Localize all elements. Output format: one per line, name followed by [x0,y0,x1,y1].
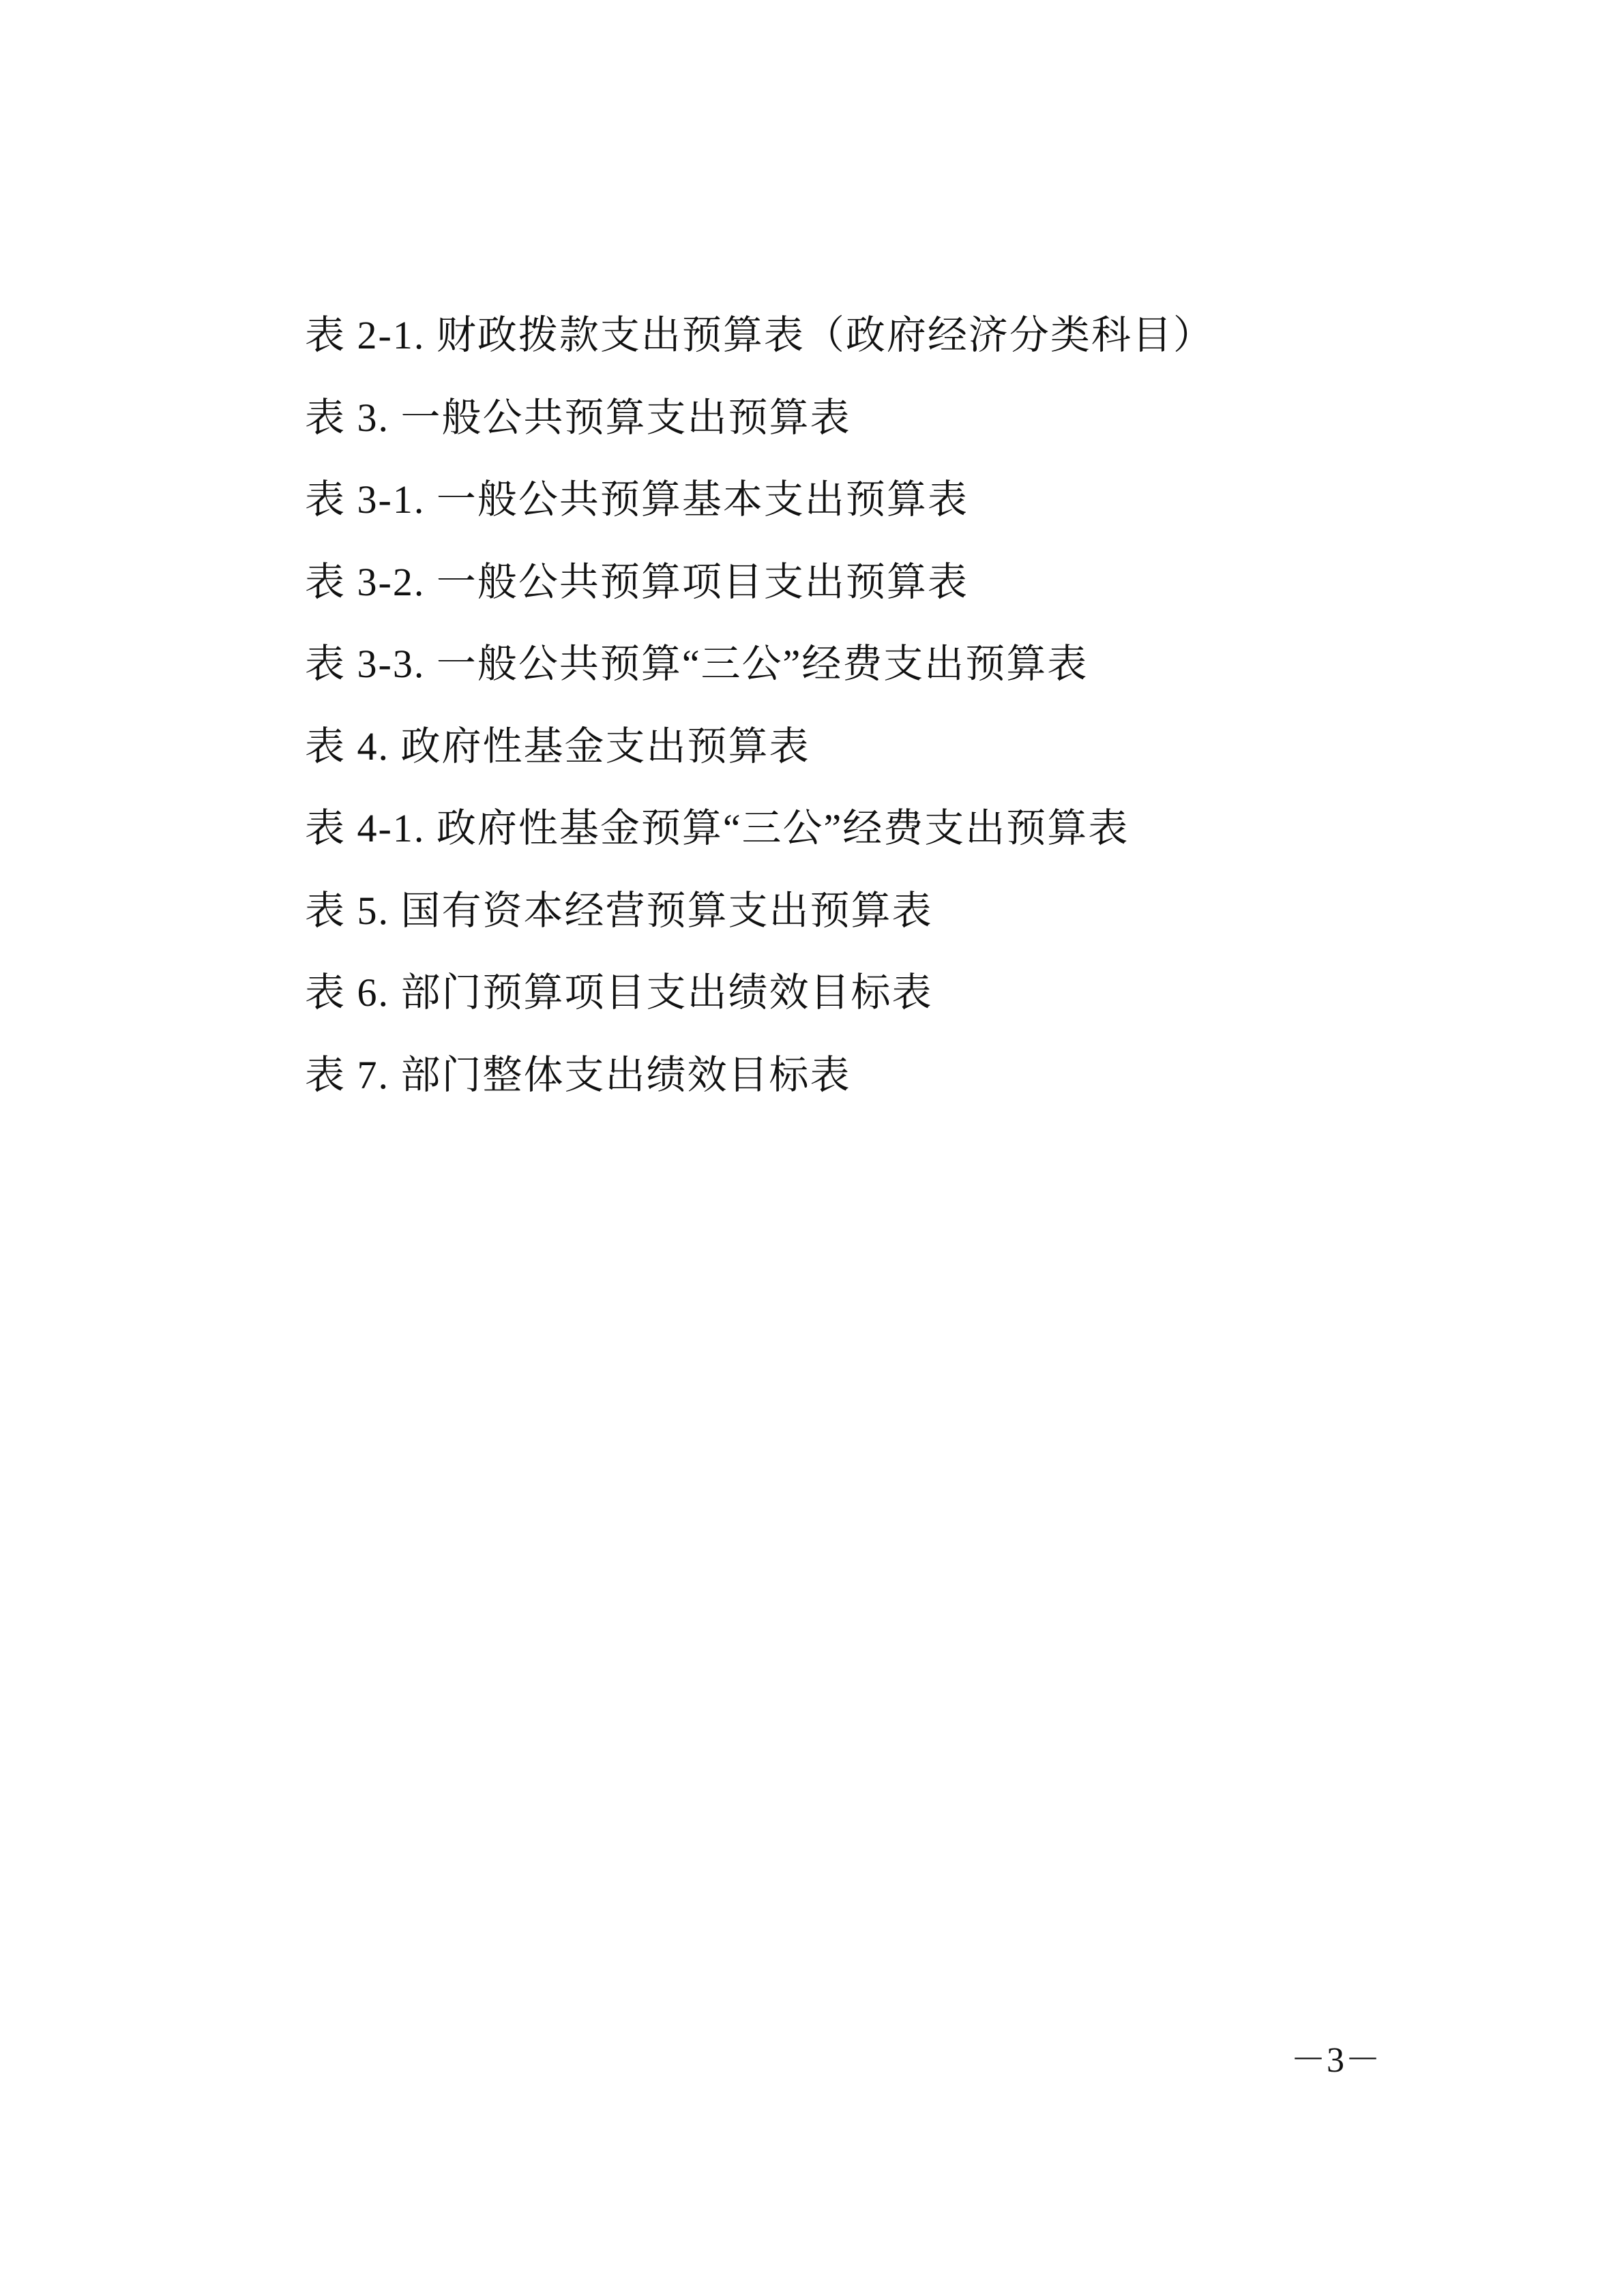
toc-item: 表 4-1. 政府性基金预算“三公”经费支出预算表 [305,788,1464,870]
toc-item: 表 3-1. 一般公共预算基本支出预算表 [305,459,1464,541]
document-page: 表 2-1. 财政拨款支出预算表（政府经济分类科目） 表 3. 一般公共预算支出… [0,0,1624,2296]
toc-item: 表 7. 部门整体支出绩效目标表 [305,1034,1464,1117]
page-number: －3－ [1290,2043,1381,2078]
table-of-contents: 表 2-1. 财政拨款支出预算表（政府经济分类科目） 表 3. 一般公共预算支出… [305,295,1464,1116]
toc-item: 表 6. 部门预算项目支出绩效目标表 [305,952,1464,1034]
toc-item: 表 3-3. 一般公共预算“三公”经费支出预算表 [305,623,1464,706]
toc-item: 表 3-2. 一般公共预算项目支出预算表 [305,541,1464,624]
toc-item: 表 4. 政府性基金支出预算表 [305,706,1464,788]
toc-item: 表 2-1. 财政拨款支出预算表（政府经济分类科目） [305,295,1464,377]
toc-item: 表 5. 国有资本经营预算支出预算表 [305,870,1464,953]
toc-item: 表 3. 一般公共预算支出预算表 [305,377,1464,460]
